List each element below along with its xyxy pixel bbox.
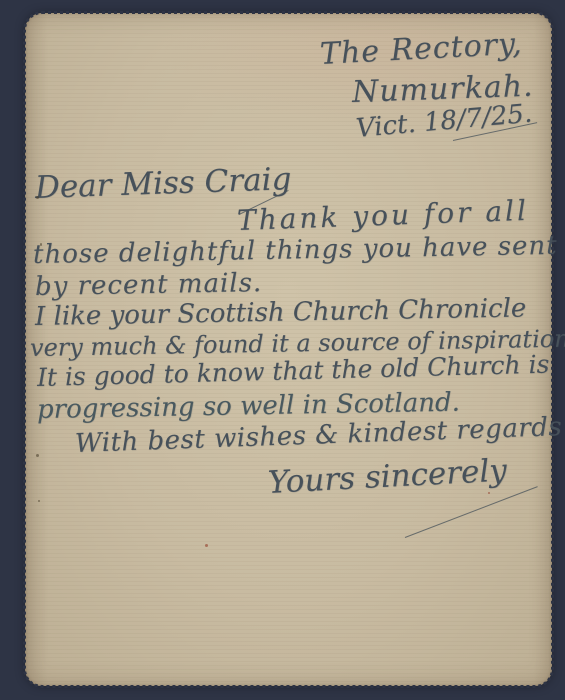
body-line: those delightful things you have sent <box>33 231 558 270</box>
letterhead-line1: The Rectory, <box>319 26 523 72</box>
body-line: Thank you for all <box>236 194 529 237</box>
letter-card: The Rectory, Numurkah. Vict. 18/7/25. De… <box>25 13 552 686</box>
body-line: by recent mails. <box>35 268 263 302</box>
pinhole-speck <box>38 500 40 502</box>
signature-stroke <box>405 486 538 538</box>
closing-line: Yours sincerely <box>267 453 508 501</box>
rust-speck <box>488 492 490 494</box>
salutation-line: Dear Miss Craig <box>34 161 292 206</box>
scan-background: The Rectory, Numurkah. Vict. 18/7/25. De… <box>0 0 565 700</box>
pinhole-speck <box>36 454 39 457</box>
rust-speck <box>205 544 208 547</box>
